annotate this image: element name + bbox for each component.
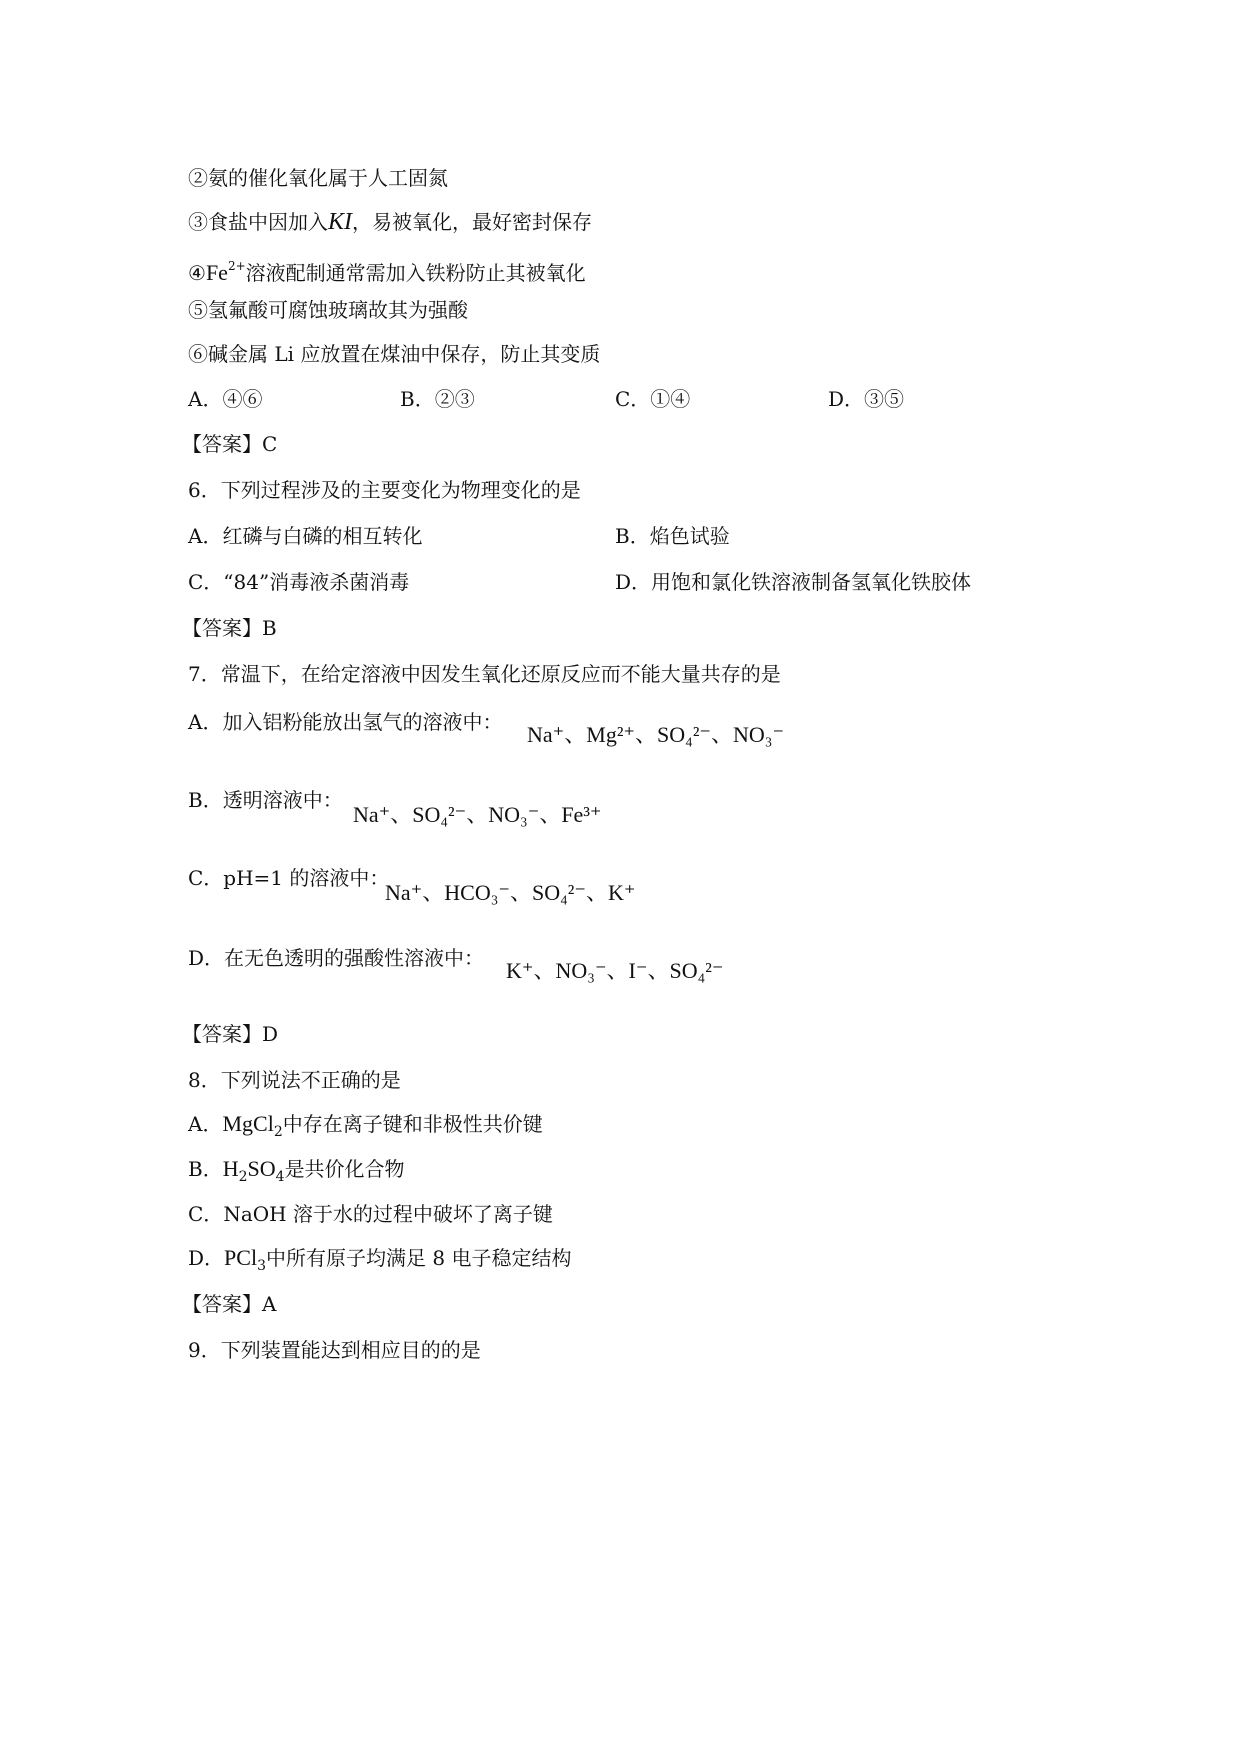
- q8-option-b: B．H2SO4是共价化合物: [188, 1155, 405, 1191]
- q9-stem: 9．下列装置能达到相应目的的是: [188, 1336, 481, 1364]
- q5-option-c: C．①④: [615, 385, 690, 413]
- so4-sub: 4: [276, 1169, 285, 1185]
- fe-formula: Fe: [206, 260, 228, 285]
- q7-stem: 7．常温下，在给定溶液中因发生氧化还原反应而不能大量共存的是: [188, 660, 781, 688]
- q7-option-c-ions: Na⁺、HCO₃⁻、SO₄²⁻、K⁺: [385, 876, 636, 907]
- statement-5: ⑤氢氟酸可腐蚀玻璃故其为强酸: [188, 296, 468, 324]
- statement-2: ②氨的催化氧化属于人工固氮: [188, 164, 448, 192]
- q8-option-c: C．NaOH 溶于水的过程中破坏了离子键: [188, 1200, 553, 1228]
- q8-d-text: 中所有原子均满足 8 电子稳定结构: [266, 1246, 571, 1270]
- q6-option-b: B．焰色试验: [615, 522, 730, 550]
- q5-answer: 【答案】C: [182, 430, 277, 458]
- statement-4-text: 溶液配制通常需加入铁粉防止其被氧化: [246, 261, 586, 285]
- q8-b-text: 是共价化合物: [285, 1157, 405, 1181]
- q8-b-label: B．: [188, 1157, 223, 1181]
- statement-4: ④Fe2+溶液配制通常需加入铁粉防止其被氧化: [188, 252, 586, 287]
- h2-sub: 2: [239, 1169, 248, 1185]
- ki-formula: KI: [328, 209, 352, 235]
- h2so4-formula: H: [223, 1156, 239, 1181]
- q6-option-c: C．“84”消毒液杀菌消毒: [188, 568, 409, 596]
- q6-option-a: A．红磷与白磷的相互转化: [188, 522, 422, 550]
- so4-formula: SO: [248, 1156, 276, 1181]
- statement-4-num: ④: [188, 261, 206, 285]
- q8-c-text: NaOH 溶于水的过程中破坏了离子键: [223, 1202, 553, 1226]
- pcl3-formula: PCl: [224, 1245, 257, 1270]
- q8-stem: 8．下列说法不正确的是: [188, 1066, 401, 1094]
- q8-option-d: D．PCl3中所有原子均满足 8 电子稳定结构: [188, 1244, 571, 1280]
- q8-option-a: A．MgCl2中存在离子键和非极性共价键: [188, 1110, 543, 1146]
- q8-a-text: 中存在离子键和非极性共价键: [283, 1112, 543, 1136]
- pcl3-sub: 3: [257, 1258, 266, 1274]
- q6-option-d: D．用饱和氯化铁溶液制备氢氧化铁胶体: [615, 568, 971, 596]
- q7-option-a-label: A．加入铝粉能放出氢气的溶液中：: [188, 708, 502, 736]
- statement-6: ⑥碱金属 Li 应放置在煤油中保存，防止其变质: [188, 340, 600, 368]
- mgcl2-sub: 2: [274, 1124, 283, 1140]
- q7-option-b-ions: Na⁺、SO₄²⁻、NO₃⁻、Fe³⁺: [353, 798, 602, 829]
- statement-3: ③食盐中因加入KI，易被氧化，最好密封保存: [188, 208, 592, 236]
- q7-option-a-ions: Na⁺、Mg²⁺、SO₄²⁻、NO₃⁻: [527, 718, 784, 749]
- statement-3-tail: ，易被氧化，最好密封保存: [352, 210, 592, 234]
- q8-c-label: C．: [188, 1202, 223, 1226]
- q5-option-d: D．③⑤: [828, 385, 904, 413]
- q8-d-label: D．: [188, 1246, 224, 1270]
- q7-option-d-ions: K⁺、NO₃⁻、I⁻、SO₄²⁻: [506, 954, 724, 985]
- mgcl2-formula: MgCl: [222, 1111, 273, 1136]
- q8-answer: 【答案】A: [182, 1290, 276, 1318]
- statement-3-text: ③食盐中因加入: [188, 210, 328, 234]
- q5-option-a: A．④⑥: [188, 385, 262, 413]
- q8-a-label: A．: [188, 1112, 222, 1136]
- q6-stem: 6．下列过程涉及的主要变化为物理变化的是: [188, 476, 581, 504]
- q6-answer: 【答案】B: [182, 614, 277, 642]
- q7-answer: 【答案】D: [182, 1020, 278, 1048]
- fe-charge: 2+: [228, 259, 246, 273]
- q7-option-d-label: D．在无色透明的强酸性溶液中：: [188, 944, 484, 972]
- q7-option-c-label: C．pH=1 的溶液中：: [188, 864, 389, 892]
- q7-option-b-label: B．透明溶液中：: [188, 786, 343, 814]
- q5-option-b: B．②③: [400, 385, 475, 413]
